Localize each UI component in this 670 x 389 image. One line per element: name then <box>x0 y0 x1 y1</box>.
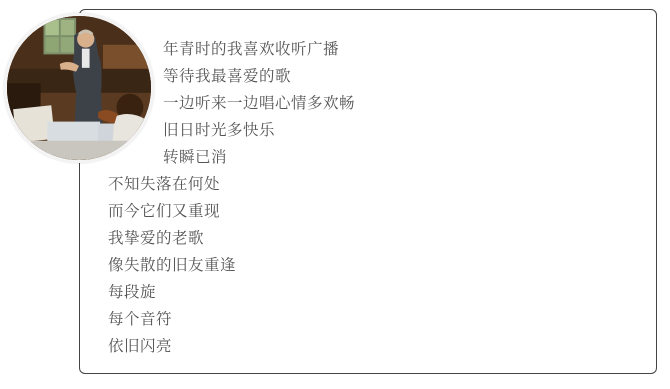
lyric-line: 每个音符 <box>108 309 172 329</box>
lyric-line: 等待我最喜爱的歌 <box>163 66 291 86</box>
lyric-line: 年青时的我喜欢收听广播 <box>163 39 339 59</box>
lyric-line: 我挚爱的老歌 <box>108 228 204 248</box>
lyric-line: 每段旋 <box>108 282 156 302</box>
lyric-line: 一边听来一边唱心情多欢畅 <box>163 93 355 113</box>
lyric-line: 转瞬已消 <box>163 147 227 167</box>
lyric-line: 而今它们又重现 <box>108 201 220 221</box>
lyric-line: 不知失落在何处 <box>108 174 220 194</box>
conductor-photo-icon <box>7 16 151 160</box>
lyric-line: 像失散的旧友重逢 <box>108 255 236 275</box>
avatar <box>4 13 154 163</box>
lyric-line: 依旧闪亮 <box>108 336 172 356</box>
lyric-line: 旧日时光多快乐 <box>163 120 275 140</box>
